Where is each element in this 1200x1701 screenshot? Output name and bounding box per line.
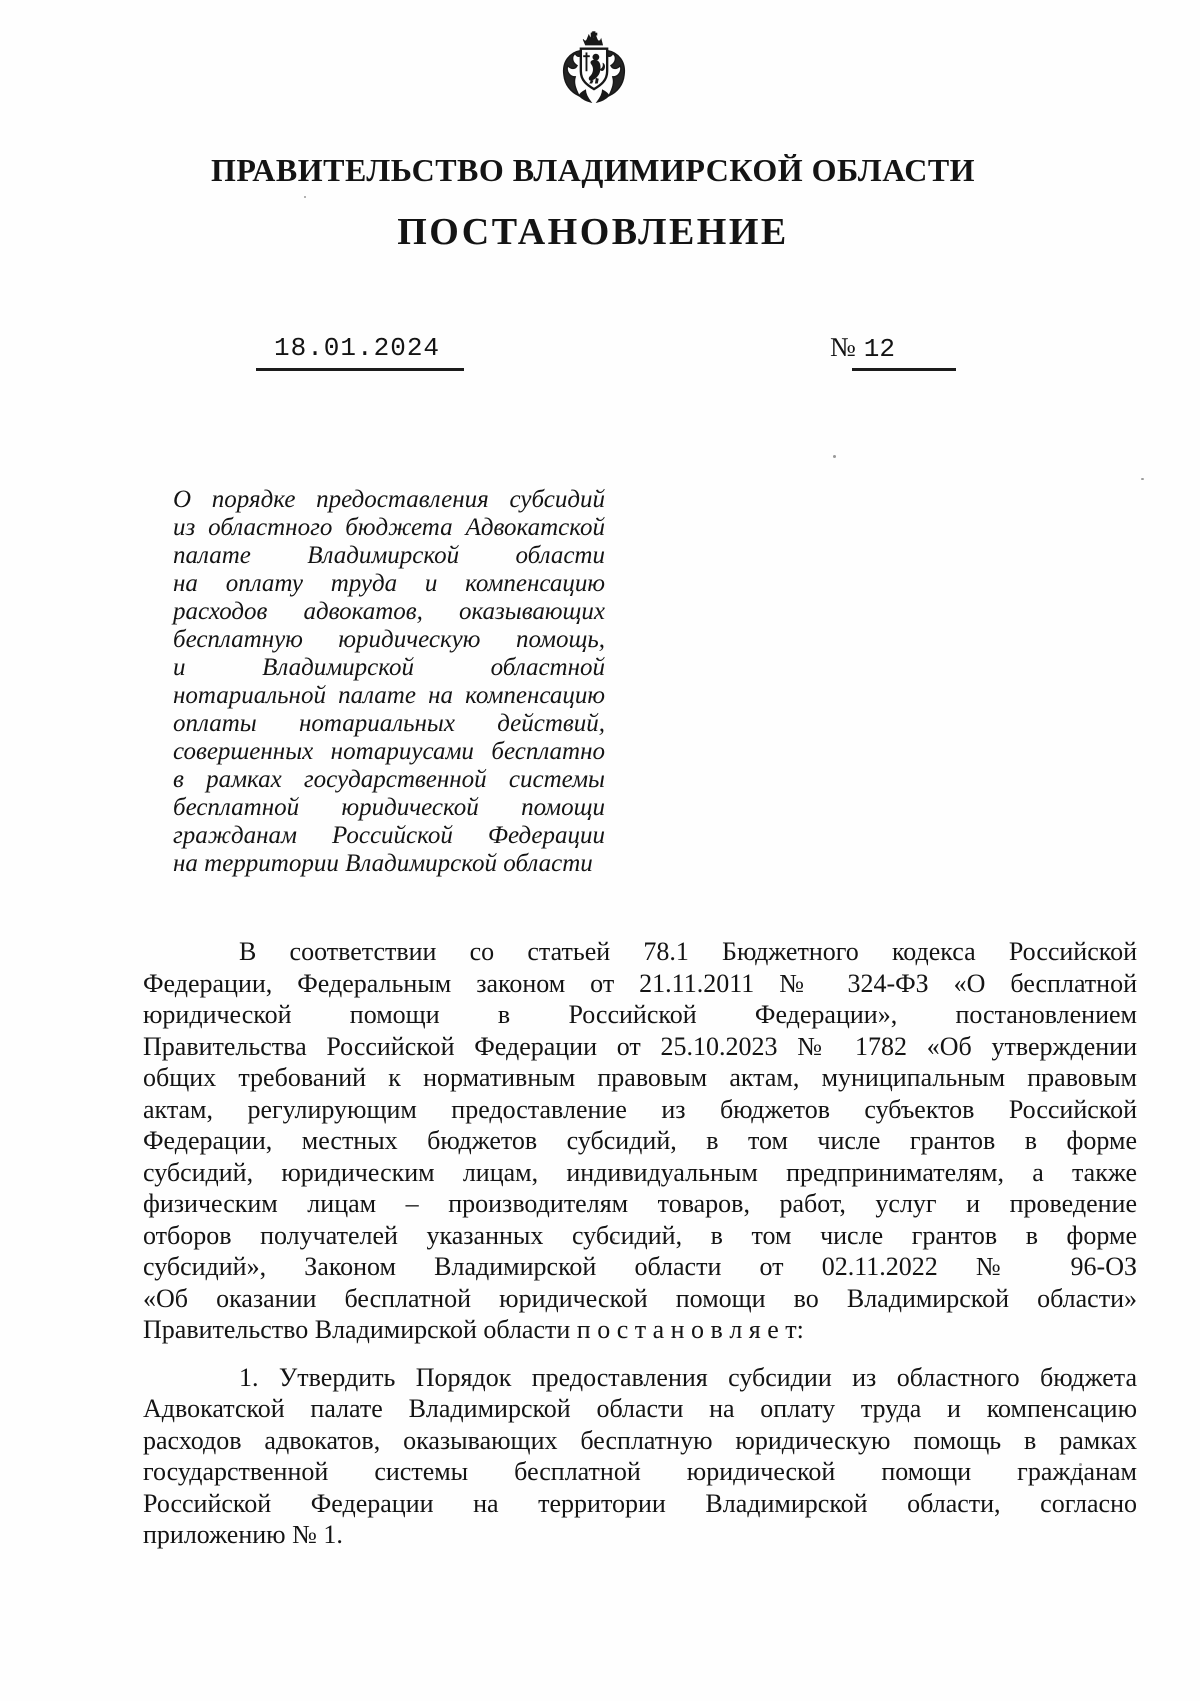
- doc-number-sign: №: [830, 332, 856, 362]
- doc-type-title: ПОСТАНОВЛЕНИЕ: [193, 210, 993, 254]
- text-line: «Об оказании бесплатной юридической помо…: [143, 1283, 1137, 1315]
- text-line: субсидий», Законом Владимирской области …: [143, 1251, 1137, 1283]
- scan-speck: [304, 196, 306, 198]
- text-line: физическим лицам – производителям товаро…: [143, 1188, 1137, 1220]
- text-line: на территории Владимирской области: [173, 850, 605, 878]
- body-text: В соответствии со статьей 78.1 Бюджетног…: [143, 936, 1137, 1551]
- doc-number-value: 12: [856, 334, 895, 364]
- scanned-decree-page: ПРАВИТЕЛЬСТВО ВЛАДИМИРСКОЙ ОБЛАСТИ ПОСТА…: [0, 0, 1200, 1701]
- text-line: гражданам Российской Федерации: [173, 822, 605, 850]
- text-line: Федерации, Федеральным законом от 21.11.…: [143, 968, 1137, 1000]
- text-line: на оплату труда и компенсацию: [173, 570, 605, 598]
- coat-of-arms-icon: [547, 28, 641, 122]
- text-line: в рамках государственной системы: [173, 766, 605, 794]
- org-name: ПРАВИТЕЛЬСТВО ВЛАДИМИРСКОЙ ОБЛАСТИ: [193, 152, 993, 189]
- text-line: общих требований к нормативным правовым …: [143, 1062, 1137, 1094]
- text-line: совершенных нотариусами бесплатно: [173, 738, 605, 766]
- text-line: приложению № 1.: [143, 1519, 1137, 1551]
- scan-speck: [613, 1238, 615, 1241]
- text-line: В соответствии со статьей 78.1 Бюджетног…: [143, 936, 1137, 968]
- text-line: расходов адвокатов, оказывающих бесплатн…: [143, 1425, 1137, 1457]
- number-underline: [852, 368, 956, 371]
- text-line: Федерации, местных бюджетов субсидий, в …: [143, 1125, 1137, 1157]
- text-line: Правительство Владимирской области п о с…: [143, 1314, 1137, 1346]
- paragraph-preamble: В соответствии со статьей 78.1 Бюджетног…: [143, 936, 1137, 1346]
- scan-speck: [833, 455, 836, 458]
- text-line: бесплатную юридическую помощь,: [173, 626, 605, 654]
- paragraph-item-1: 1. Утвердить Порядок предоставления субс…: [143, 1362, 1137, 1551]
- date-underline: [256, 368, 464, 371]
- text-line: юридической помощи в Российской Федераци…: [143, 999, 1137, 1031]
- doc-number: №12: [830, 332, 895, 364]
- text-line: Адвокатской палате Владимирской области …: [143, 1393, 1137, 1425]
- text-line: Российской Федерации на территории Влади…: [143, 1488, 1137, 1520]
- text-line: из областного бюджета Адвокатской: [173, 514, 605, 542]
- text-line: О порядке предоставления субсидий: [173, 486, 605, 514]
- text-line: оплаты нотариальных действий,: [173, 710, 605, 738]
- text-line: Правительства Российской Федерации от 25…: [143, 1031, 1137, 1063]
- text-line: актам, регулирующим предоставление из бю…: [143, 1094, 1137, 1126]
- doc-date: 18.01.2024: [274, 333, 440, 363]
- text-line: субсидий, юридическим лицам, индивидуаль…: [143, 1157, 1137, 1189]
- text-line: отборов получателей указанных субсидий, …: [143, 1220, 1137, 1252]
- text-line: государственной системы бесплатной юриди…: [143, 1456, 1137, 1488]
- annotation-block: О порядке предоставления субсидийиз обла…: [173, 486, 605, 878]
- scan-speck: [1141, 478, 1144, 480]
- text-line: бесплатной юридической помощи: [173, 794, 605, 822]
- text-line: нотариальной палате на компенсацию: [173, 682, 605, 710]
- text-line: расходов адвокатов, оказывающих: [173, 598, 605, 626]
- scan-speck: [1079, 1463, 1082, 1466]
- text-line: и Владимирской областной: [173, 654, 605, 682]
- text-line: палате Владимирской области: [173, 542, 605, 570]
- text-line: 1. Утвердить Порядок предоставления субс…: [143, 1362, 1137, 1394]
